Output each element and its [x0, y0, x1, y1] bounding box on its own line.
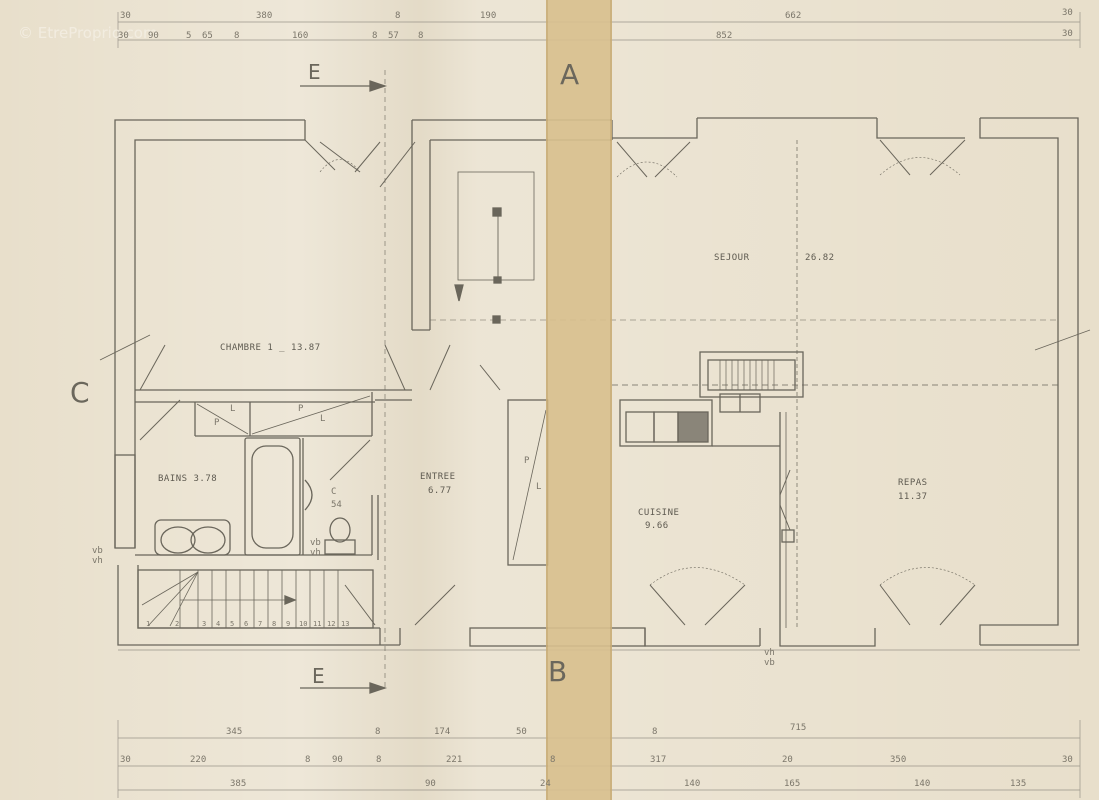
- room-label-bains: BAINS 3.78: [158, 474, 217, 484]
- dim-bot1-1: 345: [226, 727, 242, 737]
- room-label-cuisine: CUISINE: [638, 508, 679, 518]
- dim-bot3-7: 135: [1010, 779, 1026, 789]
- dim-bot2-4: 90: [332, 755, 343, 765]
- vh-wc: vh: [310, 548, 321, 558]
- dim-bot2-6: 221: [446, 755, 462, 765]
- vb-left: vb: [92, 546, 103, 556]
- dim-top-1: 30: [120, 11, 131, 21]
- closet-p2: P: [298, 404, 303, 414]
- dim-top-5: 662: [785, 11, 801, 21]
- dim-top2-1: 30: [118, 31, 129, 41]
- dim-top-6: 30: [1062, 8, 1073, 18]
- room-label-sejour: SEJOUR: [714, 253, 750, 263]
- dim-bot3-2: 90: [425, 779, 436, 789]
- room-area-sejour: 26.82: [805, 253, 835, 263]
- dim-top-4: 190: [480, 11, 496, 21]
- dim-bot3-1: 385: [230, 779, 246, 789]
- stair-step-7: 7: [258, 620, 262, 628]
- dim-bot3-4: 140: [684, 779, 700, 789]
- dim-top-3: 8: [395, 11, 400, 21]
- vb-bottom: vb: [764, 658, 775, 668]
- dim-bot2-11: 30: [1062, 755, 1073, 765]
- vh-bottom: vh: [764, 648, 775, 658]
- stair-step-9: 9: [286, 620, 290, 628]
- dim-bot2-7: 8: [550, 755, 555, 765]
- closet-p1: P: [214, 418, 219, 428]
- stair-step-3: 3: [202, 620, 206, 628]
- section-marker-a: A: [560, 58, 579, 91]
- dim-bot2-8: 317: [650, 755, 666, 765]
- stair-step-4: 4: [216, 620, 220, 628]
- dim-top2-7: 8: [372, 31, 377, 41]
- dim-top2-2: 90: [148, 31, 159, 41]
- section-marker-b: B: [548, 655, 567, 688]
- stair-step-11: 11: [313, 620, 321, 628]
- closet-l1: L: [230, 404, 235, 414]
- stair-step-10: 10: [299, 620, 307, 628]
- dim-top2-6: 160: [292, 31, 308, 41]
- section-marker-c: C: [70, 376, 90, 409]
- section-marker-e-top: E: [308, 60, 321, 84]
- room-area-entree: 6.77: [428, 486, 452, 496]
- stair-step-12: 12: [327, 620, 335, 628]
- stair-step-13: 13: [341, 620, 349, 628]
- dim-bot3-3: 24: [540, 779, 551, 789]
- section-marker-e-bottom: E: [312, 664, 325, 688]
- dim-bot2-2: 220: [190, 755, 206, 765]
- dim-bot1-6: 715: [790, 723, 806, 733]
- closet-p3: P: [524, 456, 529, 466]
- dim-top2-10: 852: [716, 31, 732, 41]
- dim-top-2: 380: [256, 11, 272, 21]
- room-area-repas: 11.37: [898, 492, 928, 502]
- dim-bot1-2: 8: [375, 727, 380, 737]
- dim-bot3-5: 165: [784, 779, 800, 789]
- dim-bot2-10: 350: [890, 755, 906, 765]
- dim-bot2-1: 30: [120, 755, 131, 765]
- room-label-entree: ENTREE: [420, 472, 456, 482]
- watermark: © EtreProprio.com: [18, 24, 158, 42]
- closet-l2: L: [320, 414, 325, 424]
- room-label-chambre-1: CHAMBRE 1 _ 13.87: [220, 343, 321, 353]
- stair-step-8: 8: [272, 620, 276, 628]
- dim-top2-11: 30: [1062, 29, 1073, 39]
- dim-top2-4: 65: [202, 31, 213, 41]
- dim-top2-9: 8: [418, 31, 423, 41]
- dim-bot1-3: 174: [434, 727, 450, 737]
- stair-step-2: 2: [175, 620, 179, 628]
- dim-bot3-6: 140: [914, 779, 930, 789]
- dim-top2-8: 57: [388, 31, 399, 41]
- room-label-repas: REPAS: [898, 478, 928, 488]
- dim-bot2-5: 8: [376, 755, 381, 765]
- dim-bot2-9: 20: [782, 755, 793, 765]
- closet-l3: L: [536, 482, 541, 492]
- vb-wc: vb: [310, 538, 321, 548]
- room-area-cuisine: 9.66: [645, 521, 669, 531]
- wc-label-c: C: [331, 487, 336, 497]
- dim-top2-3: 5: [186, 31, 191, 41]
- dim-top2-5: 8: [234, 31, 239, 41]
- dim-bot1-5: 8: [652, 727, 657, 737]
- dim-bot2-3: 8: [305, 755, 310, 765]
- stair-step-6: 6: [244, 620, 248, 628]
- dim-bot1-4: 50: [516, 727, 527, 737]
- vh-left: vh: [92, 556, 103, 566]
- wc-label-area: 54: [331, 500, 342, 510]
- stair-step-5: 5: [230, 620, 234, 628]
- stair-step-1: 1: [146, 620, 150, 628]
